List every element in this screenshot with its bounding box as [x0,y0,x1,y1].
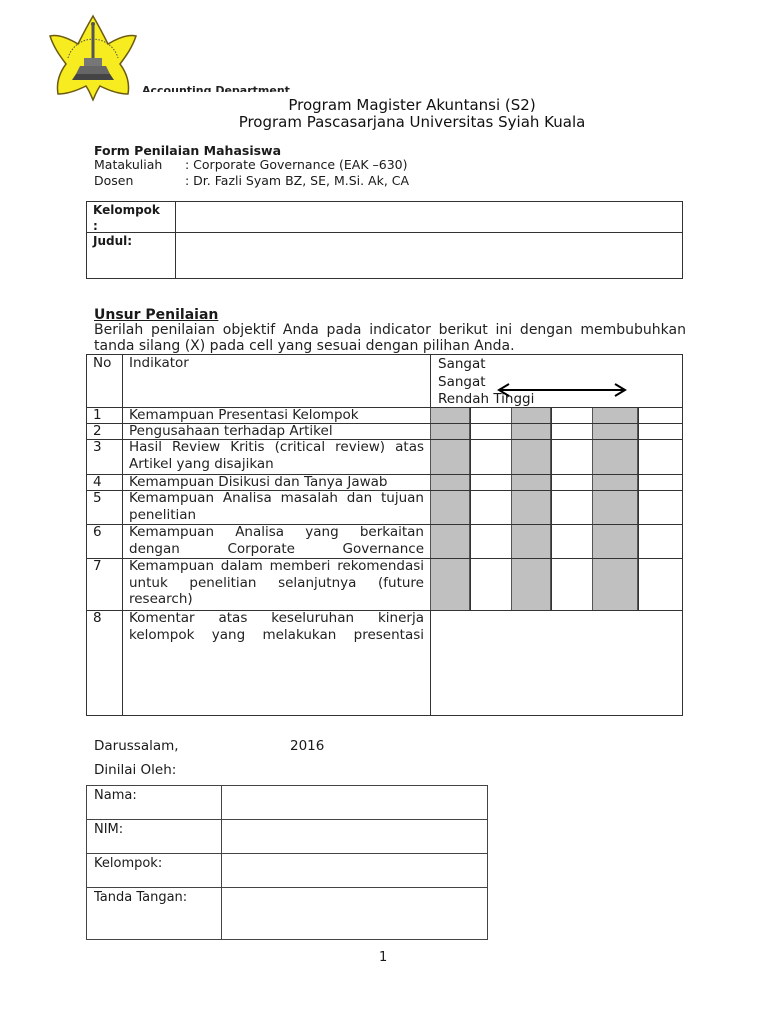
rating-cell[interactable] [511,423,551,439]
program-subtitle: Program Pascasarjana Universitas Syiah K… [28,113,768,131]
rating-cell[interactable] [592,524,638,558]
kelompok-field[interactable] [176,202,683,232]
rating-cell[interactable] [551,524,592,558]
rating-cell[interactable] [551,490,592,524]
judul-label: Judul: [93,233,132,249]
rating-cell[interactable] [470,490,511,524]
rating-cell[interactable] [551,439,592,474]
rating-cell[interactable] [638,407,683,423]
indicator-text: Komentar atas keseluruhan kinerja kelomp… [129,610,424,643]
rating-cell[interactable] [430,474,470,490]
department-name: Accounting Department [142,84,290,92]
nim-label: NIM: [94,822,123,837]
nama-label: Nama: [94,788,137,803]
assessed-by-label: Dinilai Oleh: [94,762,176,778]
rating-cell[interactable] [511,407,551,423]
rating-cell[interactable] [470,524,511,558]
kelompok-label: Kelompok: [94,856,162,871]
double-arrow-icon [497,382,627,398]
rating-cell[interactable] [430,407,470,423]
rating-cell[interactable] [430,524,470,558]
header-no: No [93,355,111,371]
rating-cell[interactable] [470,407,511,423]
tanda-tangan-label: Tanda Tangan: [94,890,187,905]
year-label: 2016 [290,738,324,754]
rating-cell[interactable] [470,474,511,490]
rating-cell[interactable] [638,474,683,490]
rating-cell[interactable] [511,439,551,474]
rating-cell[interactable] [470,423,511,439]
rating-cell[interactable] [638,490,683,524]
rating-cell[interactable] [638,558,683,610]
instruction-text: Berilah penilaian objektif Anda pada ind… [94,322,686,354]
rating-cell[interactable] [638,524,683,558]
page-number: 1 [379,950,387,965]
indicator-text: Kemampuan Presentasi Kelompok [129,407,424,424]
dosen-label: Dosen [94,173,133,189]
rating-cell[interactable] [511,558,551,610]
header-scale-line2: Sangat [438,373,486,391]
header-scale-line1: Sangat [438,355,486,373]
rating-cell[interactable] [511,524,551,558]
indicator-text: Kemampuan Analisa yang berkaitan dengan … [129,524,424,557]
indicator-text: Kemampuan dalam memberi rekomendasi untu… [129,558,424,608]
section-title: Unsur Penilaian [94,307,218,323]
rating-cell[interactable] [551,407,592,423]
matakuliah-value: : Corporate Governance (EAK –630) [185,157,408,173]
matakuliah-label: Matakuliah [94,157,162,173]
indicator-text: Hasil Review Kritis (critical review) at… [129,439,424,472]
header-indicator: Indikator [129,355,424,372]
group-info-table: Kelompok : Judul: [86,201,683,279]
rating-cell[interactable] [551,558,592,610]
rating-cell[interactable] [592,423,638,439]
signature-field[interactable] [222,888,487,939]
rating-cell[interactable] [592,490,638,524]
row-number: 3 [93,439,102,455]
row-number: 1 [93,407,102,423]
rating-cell[interactable] [470,558,511,610]
row-number: 6 [93,524,102,540]
rating-cell[interactable] [511,490,551,524]
assessor-table: Nama: NIM: Kelompok: Tanda Tangan: [86,785,488,940]
row-number: 2 [93,423,102,439]
nama-field[interactable] [222,786,487,819]
rating-cell[interactable] [430,558,470,610]
rating-cell[interactable] [430,490,470,524]
university-logo [48,14,138,102]
nim-field[interactable] [222,820,487,853]
rating-cell[interactable] [592,558,638,610]
indicator-text: Kemampuan Analisa masalah dan tujuan pen… [129,490,424,523]
rating-cell[interactable] [592,407,638,423]
rating-cell[interactable] [551,474,592,490]
row-number: 7 [93,558,102,574]
rating-cell[interactable] [430,423,470,439]
row-number: 4 [93,474,102,490]
place-label: Darussalam, [94,738,179,754]
judul-field[interactable] [176,233,683,279]
indicator-text: Pengusahaan terhadap Artikel [129,423,424,440]
rating-cell[interactable] [638,439,683,474]
rating-cell[interactable] [638,423,683,439]
kelompok-label: Kelompok : [93,202,160,234]
program-title: Program Magister Akuntansi (S2) [28,96,768,114]
comment-field[interactable] [431,611,683,715]
rating-cell[interactable] [592,474,638,490]
rating-cell[interactable] [551,423,592,439]
rating-cell[interactable] [592,439,638,474]
rating-cell[interactable] [470,439,511,474]
kelompok-field[interactable] [222,854,487,887]
indicator-text: Kemampuan Disikusi dan Tanya Jawab [129,474,424,491]
dosen-value: : Dr. Fazli Syam BZ, SE, M.Si. Ak, CA [185,173,409,189]
rating-cell[interactable] [511,474,551,490]
row-number: 5 [93,490,102,506]
rating-cell[interactable] [430,439,470,474]
assessment-table: No Indikator Sangat Sangat Rendah Tinggi… [86,354,683,716]
row-number: 8 [93,610,102,626]
